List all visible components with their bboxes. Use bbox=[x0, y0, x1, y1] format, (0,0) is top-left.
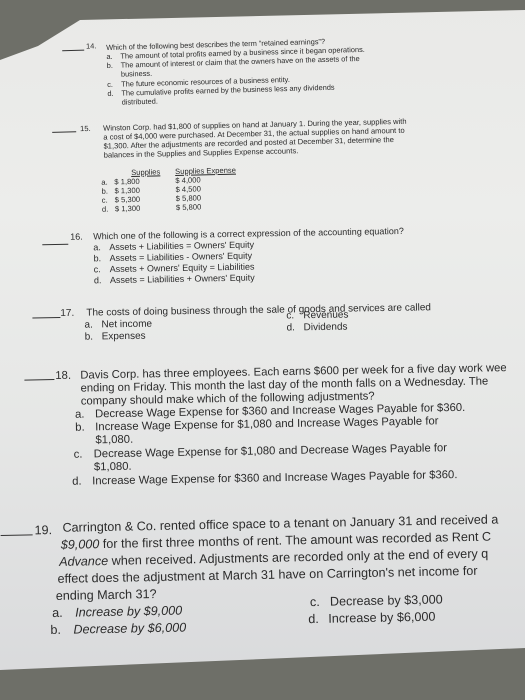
option-letter: b. bbox=[107, 61, 113, 70]
stem-italic: Advance bbox=[59, 554, 108, 569]
question-number: 18. bbox=[55, 370, 71, 382]
table-header-supplies-expense: Supplies Expense bbox=[175, 166, 236, 176]
option-letter: d. bbox=[94, 275, 102, 285]
option-letter: b. bbox=[93, 253, 101, 263]
option-text: business. bbox=[121, 69, 152, 79]
option-text: Increase by $6,000 bbox=[328, 610, 435, 626]
option-supplies: $ 1,300 bbox=[115, 204, 141, 214]
option-letter: b. bbox=[85, 332, 94, 343]
option-letter: d. bbox=[308, 612, 319, 626]
option-letter: c. bbox=[286, 310, 294, 321]
option-letter: d. bbox=[102, 205, 109, 214]
stem-italic: $9,000 bbox=[61, 537, 100, 552]
option-text: Revenues bbox=[303, 310, 348, 322]
option-text: Decrease by $6,000 bbox=[73, 620, 186, 636]
question-number: 14. bbox=[86, 41, 97, 50]
option-text: Expenses bbox=[102, 331, 146, 343]
option-letter: d. bbox=[72, 476, 82, 488]
option-letter: a. bbox=[106, 52, 112, 61]
option-text: distributed. bbox=[122, 97, 158, 107]
option-letter: d. bbox=[286, 322, 295, 333]
question-number: 17. bbox=[60, 308, 74, 319]
question-number: 15. bbox=[80, 124, 91, 133]
option-letter: b. bbox=[50, 623, 61, 637]
option-letter: c. bbox=[102, 196, 108, 205]
option-text: Dividends bbox=[303, 322, 347, 334]
option-letter: c. bbox=[94, 264, 101, 274]
option-letter: b. bbox=[101, 187, 108, 196]
option-text: Decrease by $3,000 bbox=[330, 593, 443, 609]
option-text: Increase by $9,000 bbox=[75, 604, 182, 620]
option-letter: a. bbox=[84, 320, 93, 331]
option-letter: c. bbox=[107, 80, 113, 89]
option-letter: b. bbox=[75, 422, 85, 434]
option-letter: a. bbox=[75, 409, 85, 421]
question-number: 19. bbox=[34, 523, 52, 537]
option-letter: a. bbox=[93, 242, 101, 252]
option-letter: c. bbox=[310, 595, 320, 609]
option-expense: $ 5,800 bbox=[176, 202, 202, 212]
option-letter: a. bbox=[52, 606, 63, 620]
table-header-supplies: Supplies bbox=[131, 167, 160, 177]
option-letter: a. bbox=[101, 178, 108, 187]
option-text: $1,080. bbox=[94, 461, 132, 474]
question-stem: ending March 31? bbox=[56, 587, 157, 603]
option-text: $1,080. bbox=[95, 434, 133, 447]
option-text: Net income bbox=[101, 319, 152, 331]
question-number: 16. bbox=[70, 232, 83, 242]
option-letter: d. bbox=[107, 89, 113, 98]
option-letter: c. bbox=[74, 449, 83, 461]
